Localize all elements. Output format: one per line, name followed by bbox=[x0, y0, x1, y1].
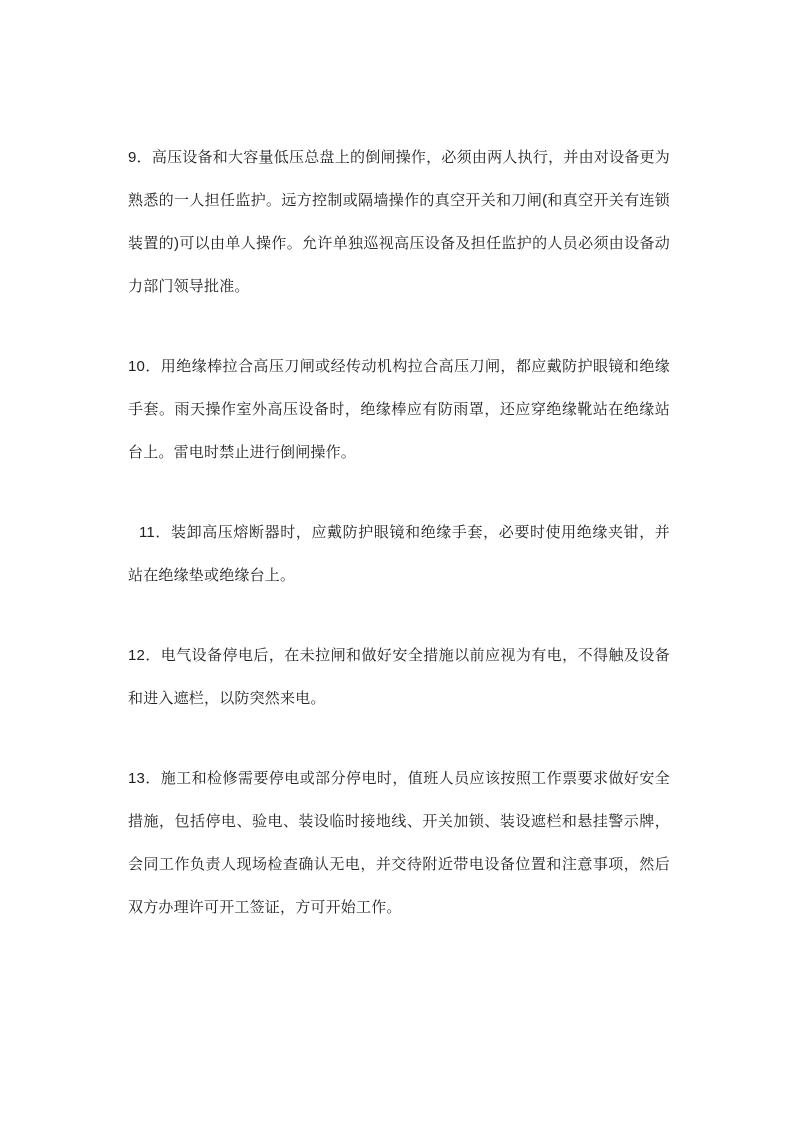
paragraph-rule-10: 10．用绝缘棒拉合高压刀闸或经传动机构拉合高压刀闸，都应戴防护眼镜和绝缘手套。雨… bbox=[128, 345, 670, 474]
paragraph-rule-9: 9．高压设备和大容量低压总盘上的倒闸操作，必须由两人执行，并由对设备更为熟悉的一… bbox=[128, 136, 670, 308]
paragraph-rule-11: 11．装卸高压熔断器时，应戴防护眼镜和绝缘手套，必要时使用绝缘夹钳，并站在绝缘垫… bbox=[128, 511, 670, 597]
document-page: 9．高压设备和大容量低压总盘上的倒闸操作，必须由两人执行，并由对设备更为熟悉的一… bbox=[0, 0, 793, 1122]
paragraph-rule-13: 13．施工和检修需要停电或部分停电时，值班人员应该按照工作票要求做好安全措施，包… bbox=[128, 757, 670, 929]
paragraph-rule-12: 12．电气设备停电后，在未拉闸和做好安全措施以前应视为有电，不得触及设备和进入遮… bbox=[128, 634, 670, 720]
